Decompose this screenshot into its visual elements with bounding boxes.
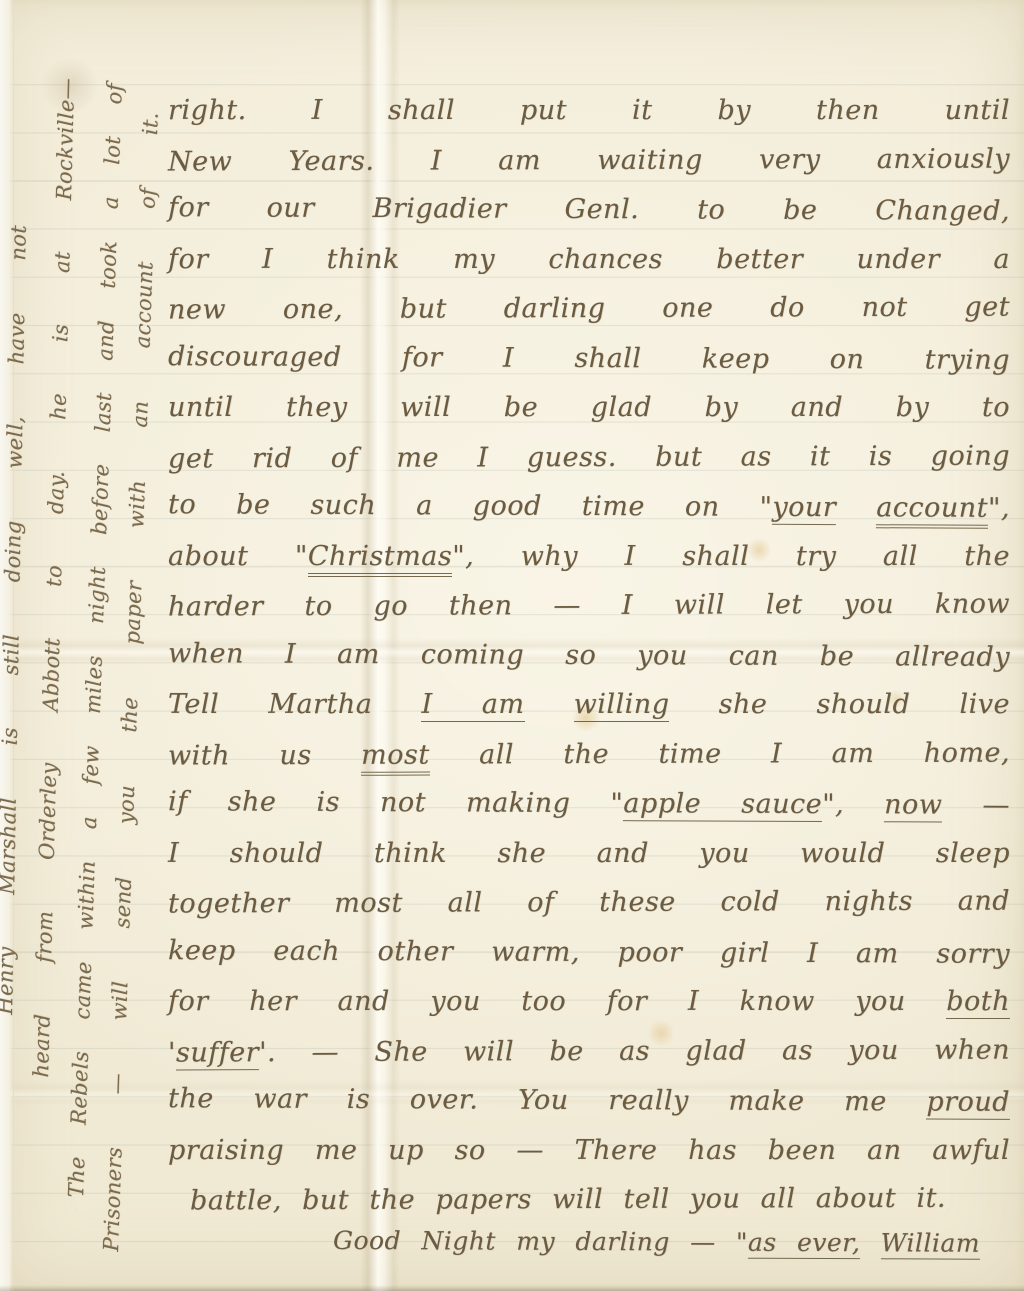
letter-line: Good Night my darling — "as ever, Willia… <box>168 1223 1010 1267</box>
text-segment: praising me up so — There has been an aw… <box>168 1135 1010 1166</box>
underlined-word: as ever, <box>748 1227 861 1258</box>
text-segment: New Years. I am waiting very anxiously <box>168 143 1010 177</box>
letter-line: about "Christmas", why I shall try all t… <box>168 532 1010 582</box>
underlined-word: William <box>881 1228 980 1259</box>
underlined-word: account <box>876 492 988 528</box>
underlined-word: apple sauce <box>623 788 822 822</box>
text-segment: until they will be glad by and by to <box>168 392 1010 423</box>
underlined-word: willing <box>574 689 670 722</box>
text-segment: keep each other warm, poor girl I am sor… <box>168 935 1010 970</box>
letter-line: for our Brigadier Genl. to be Changed, <box>168 183 1010 236</box>
letter-line: harder to go then — I will let you know <box>168 580 1010 632</box>
letter-line: with us most all the time I am home, <box>168 728 1010 780</box>
letter-line: get rid of me I guess. but as it is goin… <box>168 431 1010 483</box>
text-segment: about " <box>168 541 308 572</box>
letter-line: 'suffer'. — She will be as glad as you w… <box>168 1025 1010 1077</box>
letter-line: I should think she and you would sleep <box>168 829 1010 879</box>
text-segment: harder to go then — I will let you know <box>168 589 1010 623</box>
text-segment: when I am coming so you can be allready <box>168 638 1010 673</box>
letter-line: together most all of these cold nights a… <box>168 877 1010 929</box>
letter-line: if she is not making "apple sauce", now … <box>168 777 1010 830</box>
text-segment: get rid of me I guess. but as it is goin… <box>168 440 1010 474</box>
letter-line: battle, but the papers will tell you all… <box>168 1174 1010 1226</box>
margin-note-line: Henry Marshall is still doing well, have… <box>0 225 34 1015</box>
text-segment: Good Night my darling — " <box>333 1225 748 1256</box>
text-segment: discouraged for I shall keep on trying <box>168 341 1010 376</box>
underlined-word: most <box>361 739 430 775</box>
underlined-word: I am <box>421 689 524 722</box>
letter-body: right. I shall put it by then untilNew Y… <box>168 86 1010 1265</box>
letter-line: New Years. I am waiting very anxiously <box>168 134 1010 186</box>
text-segment: for I think my chances better under a <box>168 244 1010 275</box>
text-segment: right. I shall put it by then until <box>168 95 1010 126</box>
text-segment: new one, but darling one do not get <box>168 292 1010 326</box>
text-segment: ", why I shall try all the <box>452 541 1010 572</box>
letter-line: discouraged for I shall keep on trying <box>168 332 1010 385</box>
text-segment: ' <box>168 1037 176 1068</box>
letter-line: new one, but darling one do not get <box>168 283 1010 335</box>
text-segment: all the time I am home, <box>430 737 1010 770</box>
underlined-word: both <box>946 986 1010 1019</box>
letter-line: until they will be glad by and by to <box>168 383 1010 433</box>
text-segment: with us <box>168 739 361 771</box>
text-segment: ", <box>822 789 884 820</box>
text-segment: if she is not making " <box>168 786 623 819</box>
text-segment: ", <box>988 493 1010 524</box>
text-segment: — <box>942 790 1010 821</box>
text-segment: Tell Martha <box>168 689 421 720</box>
letter-line: Tell Martha I am willing she should live <box>168 680 1010 730</box>
letter-line: the war is over. You really make me prou… <box>168 1074 1010 1127</box>
underlined-word: proud <box>926 1086 1010 1119</box>
text-segment: together most all of these cold nights a… <box>168 886 1010 920</box>
text-segment: the war is over. You really make me <box>168 1083 927 1117</box>
underlined-word: your <box>772 492 836 525</box>
text-segment: to be such a good time on " <box>168 489 773 523</box>
text-segment: battle, but the papers will tell you all… <box>190 1183 946 1217</box>
letter-scan-page: Henry Marshall is still doing well, have… <box>0 0 1024 1291</box>
text-segment: for our Brigadier Genl. to be Changed, <box>168 192 1010 227</box>
letter-line: praising me up so — There has been an aw… <box>168 1126 1010 1176</box>
underlined-word: now <box>884 789 942 822</box>
text-segment <box>525 689 574 720</box>
text-segment: for her and you too for I know you <box>168 986 946 1017</box>
letter-line: for her and you too for I know you both <box>168 977 1010 1027</box>
letter-line: for I think my chances better under a <box>168 235 1010 285</box>
letter-line: right. I shall put it by then until <box>168 86 1010 136</box>
underlined-word: suffer <box>176 1037 259 1070</box>
text-segment: I should think she and you would sleep <box>168 838 1010 869</box>
text-segment: she should live <box>669 689 1010 720</box>
text-segment: '. — She will be as glad as you when <box>259 1034 1010 1068</box>
letter-line: keep each other warm, poor girl I am sor… <box>168 926 1010 979</box>
text-segment <box>836 492 876 523</box>
letter-line: to be such a good time on "your account"… <box>168 480 1010 533</box>
text-segment <box>860 1228 880 1257</box>
underlined-word: Christmas <box>308 541 452 577</box>
letter-line: when I am coming so you can be allready <box>168 629 1010 682</box>
